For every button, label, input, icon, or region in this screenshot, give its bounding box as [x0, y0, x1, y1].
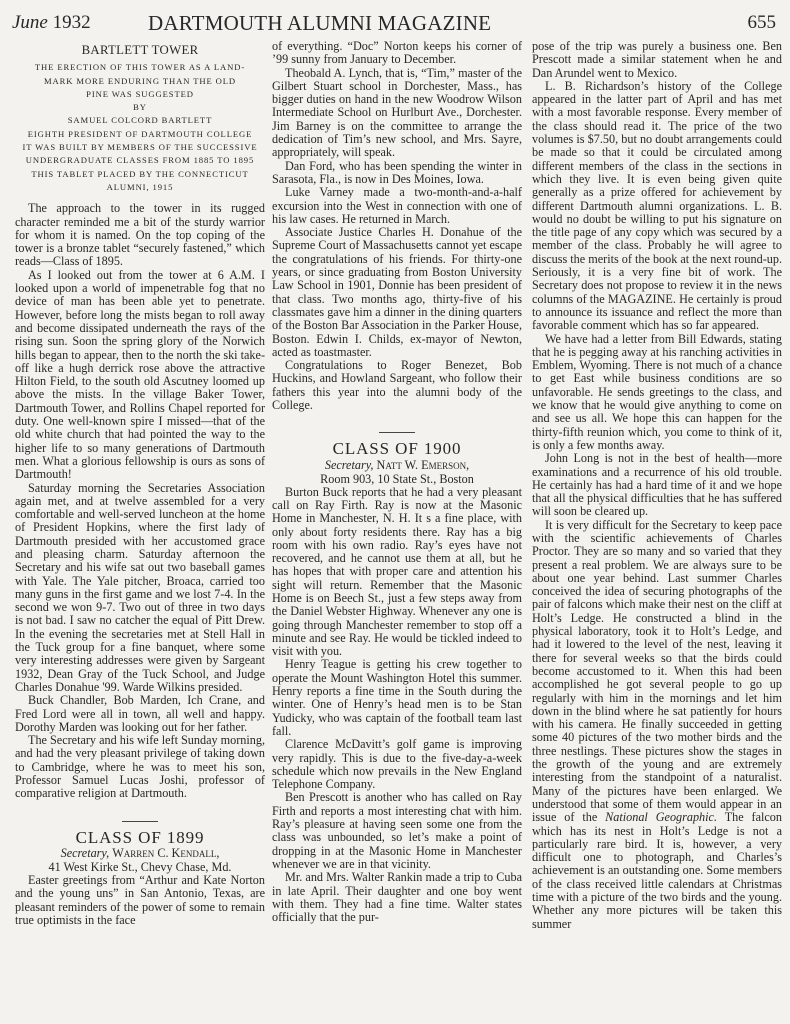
article-paragraph: Henry Teague is getting his crew togethe… [272, 658, 522, 738]
article-paragraph: Luke Varney made a two-month-and-a-half … [272, 186, 522, 226]
inscription-line: ALUMNI, 1915 [15, 181, 265, 194]
class-1900-secretary: Secretary, Natt W. Emerson, [272, 458, 522, 472]
article-paragraph: The approach to the tower in its rugged … [15, 202, 265, 268]
inscription-line: BY [15, 101, 265, 114]
article-paragraph: Saturday morning the Secretaries Associa… [15, 482, 265, 695]
inscription-line: MARK MORE ENDURING THAN THE OLD [15, 75, 265, 88]
tower-inscription: THE ERECTION OF THIS TOWER AS A LAND- MA… [15, 61, 265, 194]
issue-date: June 1932 [12, 12, 91, 34]
article-paragraph: Ben Prescott is another who has called o… [272, 791, 522, 871]
proctor-paragraph: It is very difficult for the Secretary t… [532, 519, 782, 931]
class-1899-address: 41 West Kirke St., Chevy Chase, Md. [15, 860, 265, 874]
bartlett-tower-title: BARTLETT TOWER [15, 44, 265, 57]
paragraph-text: It is very difficult for the Secretary t… [532, 518, 782, 825]
magazine-page: June 1932 DARTMOUTH ALUMNI MAGAZINE 655 … [0, 0, 790, 1024]
article-paragraph: Easter greetings from “Arthur and Kate N… [15, 874, 265, 927]
inscription-line: THIS TABLET PLACED BY THE CONNECTICUT [15, 168, 265, 181]
article-paragraph: Theobald A. Lynch, that is, “Tim,” maste… [272, 67, 522, 160]
secretary-name: Natt W. Emerson, [377, 458, 470, 472]
column-1: BARTLETT TOWER THE ERECTION OF THIS TOWE… [15, 40, 265, 927]
inscription-line: IT WAS BUILT BY MEMBERS OF THE SUCCESSIV… [15, 141, 265, 154]
article-paragraph: As I looked out from the tower at 6 A.M.… [15, 269, 265, 482]
inscription-line: EIGHTH PRESIDENT OF DARTMOUTH COLLEGE [15, 128, 265, 141]
inscription-line: UNDERGRADUATE CLASSES FROM 1885 TO 1895 [15, 154, 265, 167]
paragraph-text: The falcon which has its nest in Holt’s … [532, 810, 782, 930]
article-paragraph: of everything. “Doc” Norton keeps his co… [272, 40, 522, 67]
class-1899-heading: CLASS OF 1899 [15, 831, 265, 844]
article-paragraph: Buck Chandler, Bob Marden, Ich Crane, an… [15, 694, 265, 734]
article-paragraph: Congratulations to Roger Benezet, Bob Hu… [272, 359, 522, 412]
class-1900-address: Room 903, 10 State St., Boston [272, 472, 522, 486]
class-1899-secretary: Secretary, Warren C. Kendall, [15, 846, 265, 860]
section-divider [122, 821, 158, 822]
inscription-line: PINE WAS SUGGESTED [15, 88, 265, 101]
article-paragraph: John Long is not in the best of health—m… [532, 452, 782, 518]
section-divider [379, 432, 415, 433]
article-paragraph: Burton Buck reports that he had a very p… [272, 486, 522, 659]
inscription-line: THE ERECTION OF THIS TOWER AS A LAND- [15, 61, 265, 74]
article-paragraph: Clarence McDavitt’s golf game is improvi… [272, 738, 522, 791]
secretary-name: Warren C. Kendall, [112, 846, 219, 860]
issue-year: 1932 [53, 12, 91, 33]
magazine-title: DARTMOUTH ALUMNI MAGAZINE [148, 11, 491, 36]
column-3: pose of the trip was purely a business o… [532, 40, 782, 931]
article-paragraph: We have had a letter from Bill Edwards, … [532, 333, 782, 453]
article-paragraph: The Secretary and his wife left Sunday m… [15, 734, 265, 800]
article-paragraph: Mr. and Mrs. Walter Rankin made a trip t… [272, 871, 522, 924]
inscription-line: SAMUEL COLCORD BARTLETT [15, 114, 265, 127]
column-2: of everything. “Doc” Norton keeps his co… [272, 40, 522, 924]
article-paragraph: Associate Justice Charles H. Donahue of … [272, 226, 522, 359]
secretary-label: Secretary, [61, 846, 110, 860]
secretary-label: Secretary, [325, 458, 374, 472]
page-number: 655 [748, 12, 777, 34]
article-paragraph: pose of the trip was purely a business o… [532, 40, 782, 80]
article-paragraph: Dan Ford, who has been spending the wint… [272, 160, 522, 187]
publication-title: National Geographic. [605, 810, 717, 824]
class-1900-heading: CLASS OF 1900 [272, 442, 522, 455]
running-head: June 1932 DARTMOUTH ALUMNI MAGAZINE 655 [0, 0, 790, 40]
issue-month: June [12, 12, 48, 33]
article-paragraph: L. B. Richardson’s history of the Colleg… [532, 80, 782, 333]
